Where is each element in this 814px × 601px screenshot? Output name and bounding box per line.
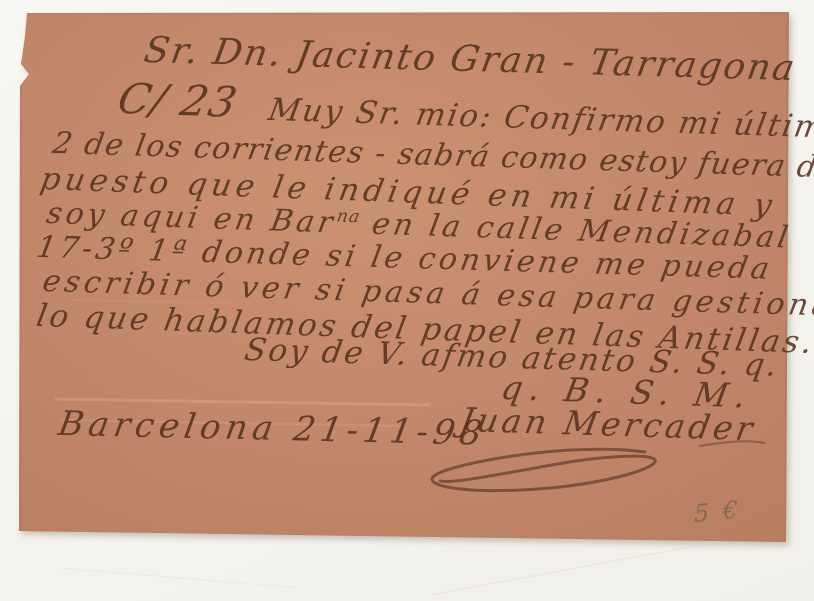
pencil-price-note: 5 €	[694, 495, 741, 528]
scanner-bed-scratches	[60, 545, 700, 595]
reference-number: C/ 23	[114, 74, 242, 127]
scan-background: Sr. Dn. Jacinto Gran - Tarragona C/ 23 M…	[0, 0, 814, 601]
